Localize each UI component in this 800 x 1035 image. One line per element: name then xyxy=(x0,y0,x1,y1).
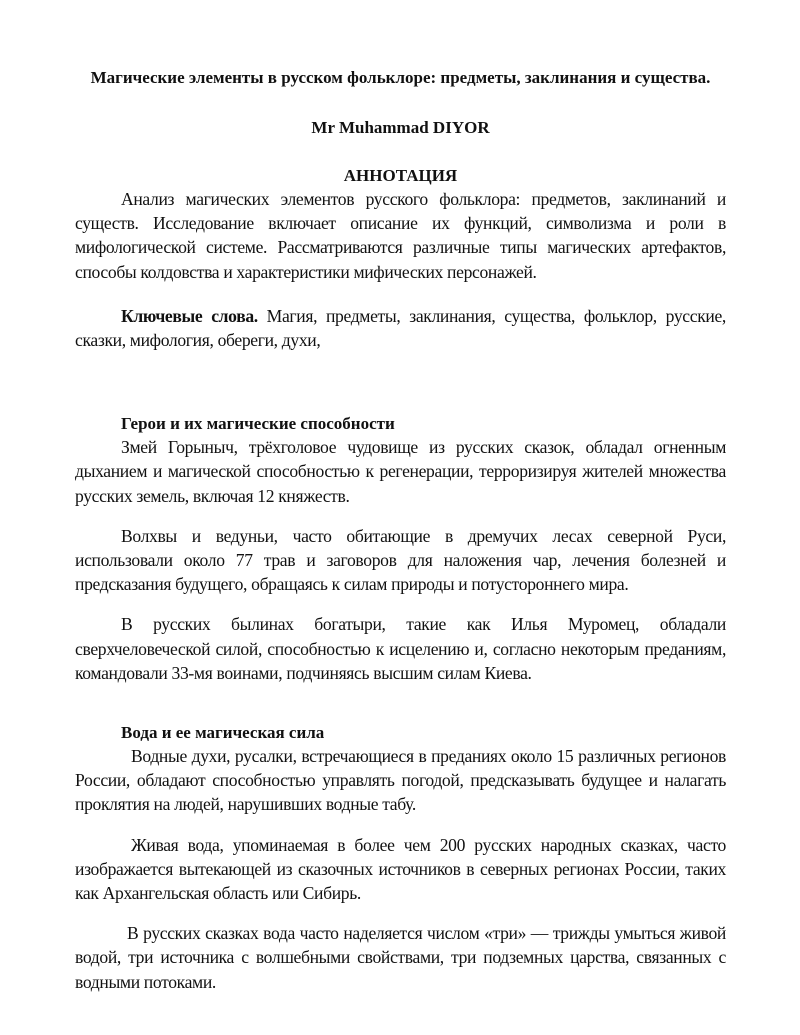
paragraph: Водные духи, русалки, встречающиеся в пр… xyxy=(75,744,726,817)
keywords: Ключевые слова. Магия, предметы, заклина… xyxy=(75,304,726,352)
section-heading-heroes: Герои и их магические способности xyxy=(75,412,726,435)
abstract-heading: АННОТАЦИЯ xyxy=(75,164,726,187)
paragraph: Змей Горыныч, трёхголовое чудовище из ру… xyxy=(75,435,726,508)
document-page: Магические элементы в русском фольклоре:… xyxy=(75,66,726,994)
paragraph: Живая вода, упоминаемая в более чем 200 … xyxy=(75,833,726,906)
section-heading-water: Вода и ее магическая сила xyxy=(75,721,726,744)
abstract-text: Анализ магических элементов русского фол… xyxy=(75,187,726,284)
author-name: Mr Muhammad DIYOR xyxy=(75,116,726,139)
paragraph: В русских сказках вода часто наделяется … xyxy=(75,921,726,994)
document-title: Магические элементы в русском фольклоре:… xyxy=(75,66,726,89)
keywords-label: Ключевые слова. xyxy=(121,306,258,326)
paragraph: В русских былинах богатыри, такие как Ил… xyxy=(75,612,726,685)
paragraph: Волхвы и ведуньи, часто обитающие в дрем… xyxy=(75,524,726,597)
